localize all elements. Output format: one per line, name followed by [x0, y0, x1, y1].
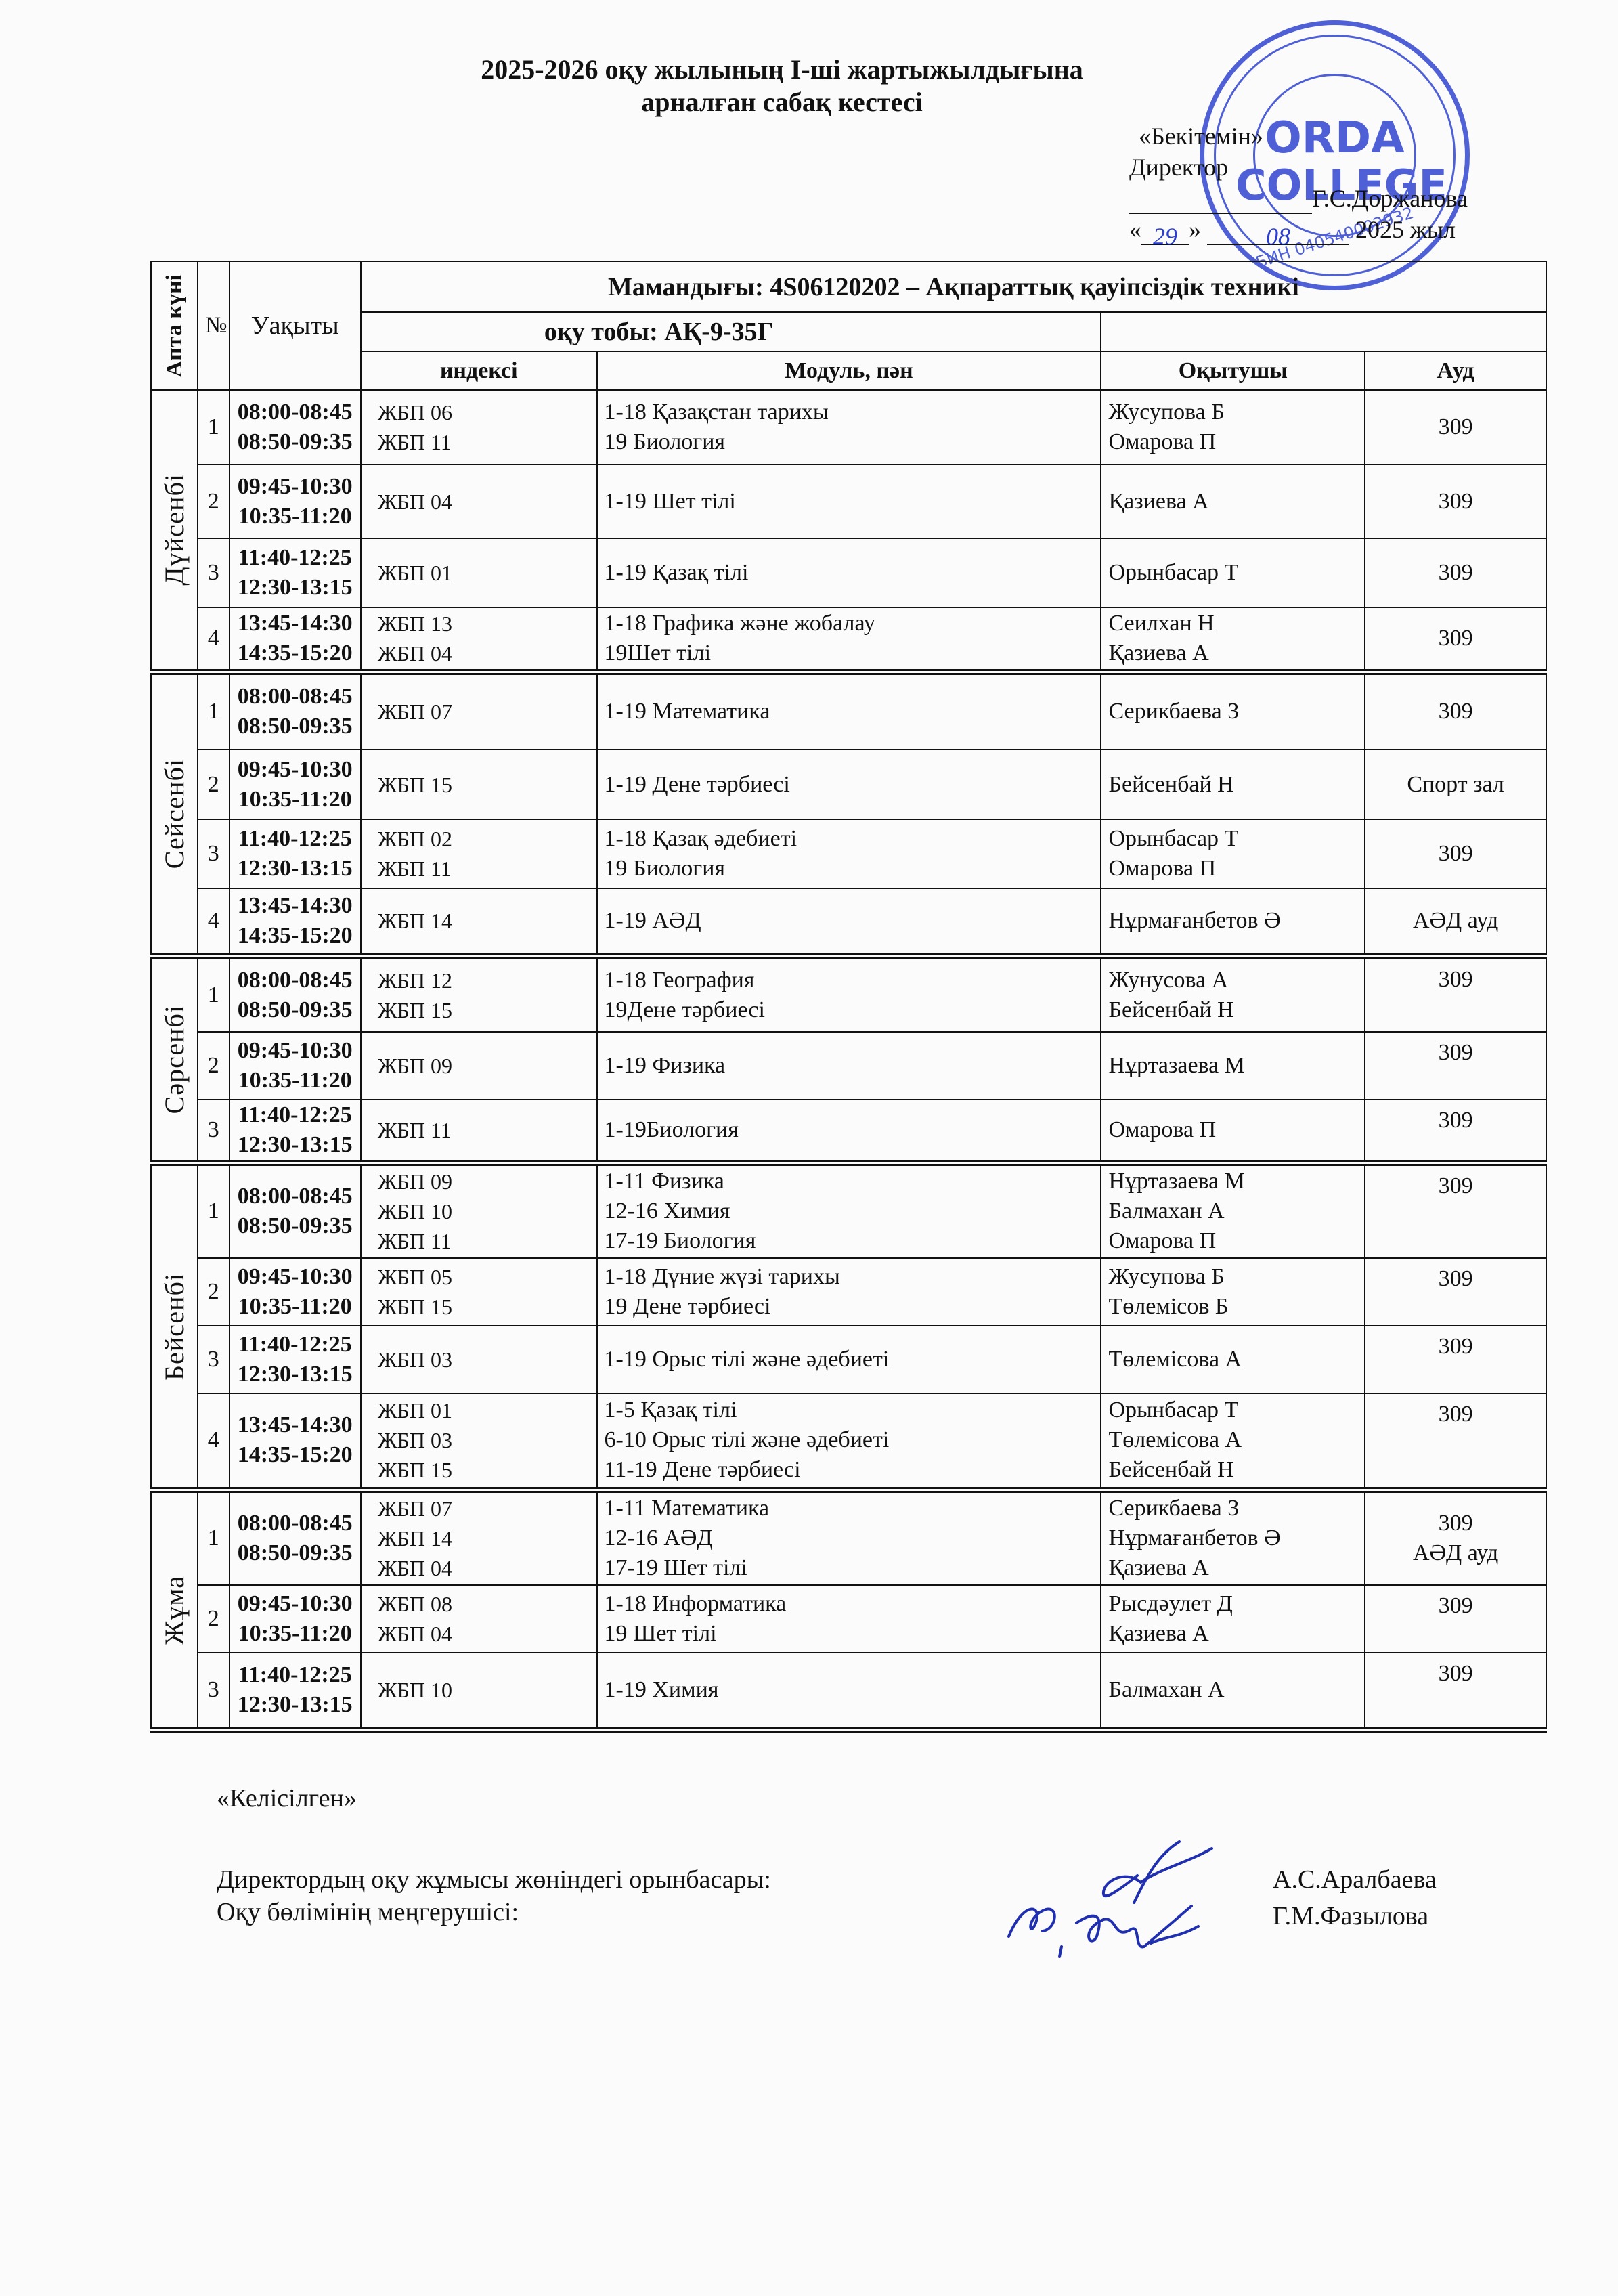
- lesson-teacher: Орынбасар ТТөлемісова АБейсенбай Н: [1101, 1393, 1365, 1490]
- lesson-teacher: Рысдәулет ДҚазиева А: [1101, 1585, 1365, 1653]
- lesson-time-line: 08:00-08:45: [237, 397, 353, 427]
- lesson-teacher-line: Жусупова Б: [1108, 397, 1357, 427]
- lesson-time-line: 13:45-14:30: [237, 891, 353, 921]
- lesson-index: ЖБП 13ЖБП 04: [361, 607, 597, 672]
- lesson-time-line: 10:35-11:20: [237, 785, 353, 815]
- day-name-cell: Сәрсенбі: [151, 956, 198, 1163]
- lesson-room: 309: [1365, 956, 1546, 1032]
- lesson-room-line: 309: [1372, 624, 1539, 653]
- lesson-module-line: 1-19 Дене тәрбиесі: [605, 770, 1094, 800]
- lesson-time-line: 10:35-11:20: [237, 502, 353, 532]
- lesson-module: 1-19 Қазақ тілі: [597, 538, 1101, 607]
- lesson-room-line: 309: [1372, 487, 1539, 517]
- lesson-number: 3: [198, 1100, 229, 1163]
- lesson-number: 2: [198, 750, 229, 819]
- lesson-teacher: Балмахан А: [1101, 1653, 1365, 1731]
- lesson-time-line: 08:50-09:35: [237, 712, 353, 741]
- lesson-module-line: 17-19 Шет тілі: [605, 1553, 1094, 1583]
- lesson-module-line: 6-10 Орыс тілі және әдебиеті: [605, 1425, 1094, 1455]
- lesson-module-line: 19Дене тәрбиесі: [605, 995, 1094, 1025]
- lesson-teacher-line: Орынбасар Т: [1108, 1395, 1357, 1425]
- lesson-index: ЖБП 03: [361, 1326, 597, 1393]
- lesson-index-line: ЖБП 14: [378, 906, 590, 936]
- lesson-number: 1: [198, 1163, 229, 1258]
- lesson-index: ЖБП 07: [361, 672, 597, 750]
- lesson-time: 11:40-12:2512:30-13:15: [229, 538, 361, 607]
- day-name: Бейсенбі: [160, 1273, 190, 1381]
- lesson-index: ЖБП 11: [361, 1100, 597, 1163]
- lesson-module-line: 1-18 Графика және жобалау: [605, 609, 1094, 638]
- lesson-room-line: 309: [1372, 1038, 1539, 1068]
- lesson-index-line: ЖБП 05: [378, 1262, 590, 1292]
- lesson-number: 4: [198, 888, 229, 956]
- lesson-number: 3: [198, 538, 229, 607]
- table-row: Сейсенбі108:00-08:4508:50-09:35ЖБП 071-1…: [151, 672, 1546, 750]
- lesson-module-line: 1-18 Қазақ әдебиеті: [605, 824, 1094, 854]
- day-name: Сейсенбі: [160, 758, 190, 869]
- lesson-module-line: 12-16 АӘД: [605, 1523, 1094, 1553]
- lesson-index: ЖБП 15: [361, 750, 597, 819]
- lesson-number: 4: [198, 1393, 229, 1490]
- lesson-time-line: 12:30-13:15: [237, 1130, 353, 1160]
- lesson-module: 1-18 Дүние жүзі тарихы19 Дене тәрбиесі: [597, 1258, 1101, 1326]
- lesson-teacher-line: Орынбасар Т: [1108, 824, 1357, 854]
- lesson-teacher-line: Балмахан А: [1108, 1196, 1357, 1226]
- lesson-room: 309: [1365, 1100, 1546, 1163]
- lesson-teacher-line: Нұрмағанбетов Ә: [1108, 906, 1357, 936]
- lesson-module-line: 1-18 Информатика: [605, 1589, 1094, 1619]
- lesson-index-line: ЖБП 11: [378, 854, 590, 884]
- head-title: Оқу бөлімінің меңгерушісі:: [217, 1896, 519, 1928]
- table-row: 209:45-10:3010:35-11:20ЖБП 091-19 Физика…: [151, 1032, 1546, 1100]
- lesson-module: 1-11 Физика12-16 Химия17-19 Биология: [597, 1163, 1101, 1258]
- lesson-teacher-line: Бейсенбай Н: [1108, 1455, 1357, 1485]
- lesson-module: 1-19 Математика: [597, 672, 1101, 750]
- lesson-index: ЖБП 10: [361, 1653, 597, 1731]
- lesson-teacher-line: Серикбаева З: [1108, 1494, 1357, 1523]
- header-time: Уақыты: [229, 261, 361, 390]
- day-name-cell: Сейсенбі: [151, 672, 198, 956]
- lesson-number: 1: [198, 956, 229, 1032]
- lesson-time-line: 12:30-13:15: [237, 1690, 353, 1720]
- lesson-index-line: ЖБП 14: [378, 1523, 590, 1553]
- lesson-index: ЖБП 01ЖБП 03ЖБП 15: [361, 1393, 597, 1490]
- lesson-index-line: ЖБП 12: [378, 966, 590, 995]
- lesson-time-line: 11:40-12:25: [237, 1330, 353, 1360]
- lesson-module: 1-5 Қазақ тілі6-10 Орыс тілі және әдебие…: [597, 1393, 1101, 1490]
- lesson-teacher-line: Рысдәулет Д: [1108, 1589, 1357, 1619]
- lesson-module: 1-18 Информатика 19 Шет тілі: [597, 1585, 1101, 1653]
- lesson-time-line: 10:35-11:20: [237, 1292, 353, 1322]
- lesson-teacher-line: Нұрмағанбетов Ә: [1108, 1523, 1357, 1553]
- lesson-number: 2: [198, 1258, 229, 1326]
- lesson-index: ЖБП 08ЖБП 04: [361, 1585, 597, 1653]
- lesson-room: 309: [1365, 1163, 1546, 1258]
- table-row: Дүйсенбі108:00-08:4508:50-09:35ЖБП 06ЖБП…: [151, 390, 1546, 464]
- agreed-label: «Келісілген»: [217, 1782, 357, 1815]
- lesson-number: 2: [198, 464, 229, 538]
- lesson-room: 309: [1365, 1032, 1546, 1100]
- table-row: 209:45-10:3010:35-11:20ЖБП 05ЖБП 151-18 …: [151, 1258, 1546, 1326]
- lesson-time-line: 12:30-13:15: [237, 1360, 353, 1389]
- lesson-time-line: 11:40-12:25: [237, 1100, 353, 1130]
- lesson-index: ЖБП 07ЖБП 14ЖБП 04: [361, 1490, 597, 1585]
- lesson-index: ЖБП 14: [361, 888, 597, 956]
- lesson-teacher: Нұртазаева М: [1101, 1032, 1365, 1100]
- lesson-number: 1: [198, 672, 229, 750]
- lesson-room-line: 309: [1372, 1171, 1539, 1201]
- lesson-number: 3: [198, 819, 229, 888]
- lesson-index-line: ЖБП 07: [378, 697, 590, 727]
- lesson-room: Спорт зал: [1365, 750, 1546, 819]
- table-row: 311:40-12:2512:30-13:15ЖБП 011-19 Қазақ …: [151, 538, 1546, 607]
- lesson-time-line: 11:40-12:25: [237, 824, 353, 854]
- lesson-index-line: ЖБП 11: [378, 427, 590, 457]
- lesson-module: 1-18 Қазақстан тарихы19 Биология: [597, 390, 1101, 464]
- lesson-time-line: 14:35-15:20: [237, 638, 353, 668]
- table-row: 209:45-10:3010:35-11:20ЖБП 041-19 Шет ті…: [151, 464, 1546, 538]
- lesson-time: 09:45-10:3010:35-11:20: [229, 1032, 361, 1100]
- lesson-room-line: 309: [1372, 412, 1539, 442]
- lesson-index: ЖБП 09: [361, 1032, 597, 1100]
- lesson-module-line: 19Шет тілі: [605, 638, 1094, 668]
- table-row: 311:40-12:2512:30-13:15ЖБП 101-19 ХимияБ…: [151, 1653, 1546, 1731]
- lesson-time: 09:45-10:3010:35-11:20: [229, 750, 361, 819]
- table-row: 413:45-14:3014:35-15:20ЖБП 141-19 АӘДНұр…: [151, 888, 1546, 956]
- lesson-room: 309: [1365, 1585, 1546, 1653]
- lesson-room: 309: [1365, 819, 1546, 888]
- approval-position: Директор: [1129, 152, 1508, 183]
- lesson-time-line: 08:50-09:35: [237, 995, 353, 1025]
- lesson-teacher-line: Төлемісова А: [1108, 1345, 1357, 1374]
- lesson-time: 09:45-10:3010:35-11:20: [229, 1258, 361, 1326]
- lesson-teacher-line: Бейсенбай Н: [1108, 770, 1357, 800]
- lesson-teacher-line: Жусупова Б: [1108, 1262, 1357, 1292]
- lesson-index-line: ЖБП 15: [378, 995, 590, 1025]
- lesson-time: 13:45-14:3014:35-15:20: [229, 1393, 361, 1490]
- approval-day: 29: [1141, 221, 1189, 245]
- lesson-room: 309: [1365, 1326, 1546, 1393]
- day-name-cell: Бейсенбі: [151, 1163, 198, 1490]
- lesson-module: 1-19 Физика: [597, 1032, 1101, 1100]
- lesson-number: 3: [198, 1653, 229, 1731]
- header-teacher: Оқытушы: [1101, 351, 1365, 390]
- lesson-teacher-line: Қазиева А: [1108, 1619, 1357, 1649]
- table-row: 209:45-10:3010:35-11:20ЖБП 08ЖБП 041-18 …: [151, 1585, 1546, 1653]
- lesson-index-line: ЖБП 02: [378, 824, 590, 854]
- lesson-room-line: 309: [1372, 1400, 1539, 1429]
- lesson-module-line: 17-19 Биология: [605, 1226, 1094, 1256]
- lesson-time: 09:45-10:3010:35-11:20: [229, 464, 361, 538]
- lesson-time: 08:00-08:4508:50-09:35: [229, 390, 361, 464]
- lesson-index: ЖБП 02ЖБП 11: [361, 819, 597, 888]
- lesson-module: 1-18 Графика және жобалау19Шет тілі: [597, 607, 1101, 672]
- lesson-time-line: 08:00-08:45: [237, 682, 353, 712]
- head-name: Г.М.Фазылова: [1273, 1900, 1428, 1932]
- lesson-room-line: 309: [1372, 965, 1539, 995]
- lesson-module: 1-19 Дене тәрбиесі: [597, 750, 1101, 819]
- table-row: 413:45-14:3014:35-15:20ЖБП 13ЖБП 041-18 …: [151, 607, 1546, 672]
- lesson-time-line: 09:45-10:30: [237, 1036, 353, 1066]
- lesson-number: 1: [198, 390, 229, 464]
- table-row: 311:40-12:2512:30-13:15ЖБП 111-19Биологи…: [151, 1100, 1546, 1163]
- lesson-time-line: 12:30-13:15: [237, 573, 353, 603]
- deputy-title: Директордың оқу жұмысы жөніндегі орынбас…: [217, 1863, 771, 1896]
- approval-name: Г.С.Доржанова: [1312, 185, 1468, 212]
- lesson-teacher: Жусупова БТөлемісов Б: [1101, 1258, 1365, 1326]
- lesson-time-line: 10:35-11:20: [237, 1619, 353, 1649]
- lesson-index: ЖБП 09ЖБП 10ЖБП 11: [361, 1163, 597, 1258]
- lesson-index-line: ЖБП 06: [378, 397, 590, 427]
- lesson-teacher-line: Қазиева А: [1108, 487, 1357, 517]
- lesson-module-line: 1-19 Математика: [605, 697, 1094, 727]
- lesson-time: 09:45-10:3010:35-11:20: [229, 1585, 361, 1653]
- lesson-teacher-line: Қазиева А: [1108, 1553, 1357, 1583]
- lesson-time: 11:40-12:2512:30-13:15: [229, 1326, 361, 1393]
- lesson-time-line: 10:35-11:20: [237, 1066, 353, 1096]
- lesson-time-line: 09:45-10:30: [237, 1589, 353, 1619]
- lesson-room-line: 309: [1372, 839, 1539, 869]
- lesson-index-line: ЖБП 15: [378, 1455, 590, 1485]
- lesson-time: 08:00-08:4508:50-09:35: [229, 1490, 361, 1585]
- lesson-number: 2: [198, 1032, 229, 1100]
- lesson-module-line: 11-19 Дене тәрбиесі: [605, 1455, 1094, 1485]
- lesson-room-line: АӘД ауд: [1372, 1538, 1539, 1568]
- lesson-teacher-line: Омарова П: [1108, 1115, 1357, 1145]
- lesson-teacher-line: Омарова П: [1108, 427, 1357, 457]
- lesson-index-line: ЖБП 04: [378, 1619, 590, 1649]
- lesson-module: 1-19 АӘД: [597, 888, 1101, 956]
- lesson-number: 3: [198, 1326, 229, 1393]
- lesson-module-line: 1-19 Қазақ тілі: [605, 558, 1094, 588]
- approval-block: «Бекітемін» Директор Г.С.Доржанова «29» …: [1129, 121, 1508, 245]
- day-name-cell: Жұма: [151, 1490, 198, 1731]
- header-group-blank: [1101, 312, 1546, 351]
- lesson-room-line: 309: [1372, 558, 1539, 588]
- lesson-room-line: АӘД ауд: [1372, 906, 1539, 936]
- lesson-time-line: 08:50-09:35: [237, 427, 353, 457]
- header-module: Модуль, пән: [597, 351, 1101, 390]
- lesson-time-line: 09:45-10:30: [237, 755, 353, 785]
- lesson-teacher-line: Бейсенбай Н: [1108, 995, 1357, 1025]
- lesson-room-line: 309: [1372, 1106, 1539, 1135]
- lesson-module: 1-19 Орыс тілі және әдебиеті: [597, 1326, 1101, 1393]
- lesson-index-line: ЖБП 03: [378, 1425, 590, 1455]
- lesson-teacher: Орынбасар Т: [1101, 538, 1365, 607]
- lesson-time: 11:40-12:2512:30-13:15: [229, 1653, 361, 1731]
- lesson-teacher: Төлемісова А: [1101, 1326, 1365, 1393]
- day-name-cell: Дүйсенбі: [151, 390, 198, 672]
- header-index: индексі: [361, 351, 597, 390]
- lesson-number: 4: [198, 607, 229, 672]
- lesson-teacher: Нұртазаева МБалмахан АОмарова П: [1101, 1163, 1365, 1258]
- table-row: Сәрсенбі108:00-08:4508:50-09:35ЖБП 12ЖБП…: [151, 956, 1546, 1032]
- table-row: Жұма108:00-08:4508:50-09:35ЖБП 07ЖБП 14Ж…: [151, 1490, 1546, 1585]
- lesson-teacher: Жусупова БОмарова П: [1101, 390, 1365, 464]
- lesson-room-line: 309: [1372, 1591, 1539, 1621]
- lesson-index-line: ЖБП 11: [378, 1115, 590, 1145]
- lesson-index-line: ЖБП 04: [378, 487, 590, 517]
- lesson-module-line: 1-19Биология: [605, 1115, 1094, 1145]
- lesson-teacher-line: Нұртазаева М: [1108, 1167, 1357, 1196]
- lesson-number: 1: [198, 1490, 229, 1585]
- table-row: 311:40-12:2512:30-13:15ЖБП 02ЖБП 111-18 …: [151, 819, 1546, 888]
- lesson-time-line: 09:45-10:30: [237, 1262, 353, 1292]
- lesson-time-line: 08:50-09:35: [237, 1538, 353, 1568]
- lesson-index: ЖБП 01: [361, 538, 597, 607]
- lesson-time-line: 09:45-10:30: [237, 472, 353, 502]
- lesson-time-line: 14:35-15:20: [237, 921, 353, 951]
- lesson-teacher: Серикбаева З: [1101, 672, 1365, 750]
- lesson-room-line: Спорт зал: [1372, 770, 1539, 800]
- lesson-index-line: ЖБП 07: [378, 1494, 590, 1523]
- day-name: Дүйсенбі: [160, 473, 190, 586]
- lesson-teacher: Бейсенбай Н: [1101, 750, 1365, 819]
- lesson-time-line: 12:30-13:15: [237, 854, 353, 884]
- lesson-teacher-line: Төлемісов Б: [1108, 1292, 1357, 1322]
- approval-label: «Бекітемін»: [1129, 121, 1508, 152]
- lesson-time-line: 11:40-12:25: [237, 543, 353, 573]
- lesson-time: 13:45-14:3014:35-15:20: [229, 607, 361, 672]
- lesson-time-line: 14:35-15:20: [237, 1440, 353, 1470]
- deputy-name: А.С.Аралбаева: [1273, 1863, 1437, 1896]
- approval-year: 2025 жыл: [1355, 216, 1456, 243]
- lesson-index: ЖБП 12ЖБП 15: [361, 956, 597, 1032]
- lesson-time-line: 08:50-09:35: [237, 1211, 353, 1241]
- lesson-room: 309: [1365, 390, 1546, 464]
- table-row: 311:40-12:2512:30-13:15ЖБП 031-19 Орыс т…: [151, 1326, 1546, 1393]
- lesson-teacher: Сеилхан НҚазиева А: [1101, 607, 1365, 672]
- lesson-module: 1-18 География19Дене тәрбиесі: [597, 956, 1101, 1032]
- header-specialty: Мамандығы: 4S06120202 – Ақпараттық қауіп…: [361, 261, 1546, 312]
- lesson-module-line: 1-19 Физика: [605, 1051, 1094, 1081]
- lesson-module-line: 19 Шет тілі: [605, 1619, 1094, 1649]
- lesson-teacher-line: Сеилхан Н: [1108, 609, 1357, 638]
- lesson-module: 1-19Биология: [597, 1100, 1101, 1163]
- lesson-index-line: ЖБП 10: [378, 1196, 590, 1226]
- lesson-module-line: 12-16 Химия: [605, 1196, 1094, 1226]
- lesson-index-line: ЖБП 08: [378, 1589, 590, 1619]
- lesson-index-line: ЖБП 15: [378, 770, 590, 800]
- lesson-teacher: Қазиева А: [1101, 464, 1365, 538]
- lesson-time: 08:00-08:4508:50-09:35: [229, 1163, 361, 1258]
- lesson-module-line: 1-11 Математика: [605, 1494, 1094, 1523]
- lesson-module-line: 19 Биология: [605, 854, 1094, 884]
- lesson-teacher-line: Нұртазаева М: [1108, 1051, 1357, 1081]
- lesson-teacher-line: Жунусова А: [1108, 966, 1357, 995]
- lesson-index-line: ЖБП 09: [378, 1167, 590, 1196]
- lesson-index: ЖБП 06ЖБП 11: [361, 390, 597, 464]
- lesson-room: 309: [1365, 538, 1546, 607]
- lesson-teacher-line: Қазиева А: [1108, 638, 1357, 668]
- table-row: 209:45-10:3010:35-11:20ЖБП 151-19 Дене т…: [151, 750, 1546, 819]
- lesson-room: 309: [1365, 1258, 1546, 1326]
- lesson-time-line: 08:00-08:45: [237, 1182, 353, 1211]
- lesson-time: 13:45-14:3014:35-15:20: [229, 888, 361, 956]
- lesson-index-line: ЖБП 04: [378, 638, 590, 668]
- lesson-module-line: 1-19 АӘД: [605, 906, 1094, 936]
- lesson-index-line: ЖБП 03: [378, 1345, 590, 1374]
- header-day: Апта күні: [151, 261, 198, 390]
- lesson-module-line: 1-5 Қазақ тілі: [605, 1395, 1094, 1425]
- lesson-teacher-line: Орынбасар Т: [1108, 558, 1357, 588]
- lesson-module-line: 1-19 Шет тілі: [605, 487, 1094, 517]
- lesson-index-line: ЖБП 13: [378, 609, 590, 638]
- lesson-room: 309АӘД ауд: [1365, 1490, 1546, 1585]
- lesson-index-line: ЖБП 09: [378, 1051, 590, 1081]
- table-row: Бейсенбі108:00-08:4508:50-09:35ЖБП 09ЖБП…: [151, 1163, 1546, 1258]
- lesson-room: АӘД ауд: [1365, 888, 1546, 956]
- lesson-module: 1-11 Математика12-16 АӘД17-19 Шет тілі: [597, 1490, 1101, 1585]
- lesson-module-line: 1-18 Дүние жүзі тарихы: [605, 1262, 1094, 1292]
- lesson-teacher-line: Серикбаева З: [1108, 697, 1357, 727]
- lesson-teacher-line: Балмахан А: [1108, 1675, 1357, 1705]
- lesson-room: 309: [1365, 607, 1546, 672]
- lesson-module: 1-18 Қазақ әдебиеті19 Биология: [597, 819, 1101, 888]
- lesson-index-line: ЖБП 11: [378, 1226, 590, 1256]
- lesson-module-line: 1-18 Қазақстан тарихы: [605, 397, 1094, 427]
- lesson-module-line: 1-11 Физика: [605, 1167, 1094, 1196]
- lesson-room: 309: [1365, 1653, 1546, 1731]
- table-row: 413:45-14:3014:35-15:20ЖБП 01ЖБП 03ЖБП 1…: [151, 1393, 1546, 1490]
- lesson-number: 2: [198, 1585, 229, 1653]
- lesson-teacher: Жунусова АБейсенбай Н: [1101, 956, 1365, 1032]
- lesson-teacher: Омарова П: [1101, 1100, 1365, 1163]
- lesson-index-line: ЖБП 04: [378, 1553, 590, 1583]
- lesson-module-line: 1-19 Орыс тілі және әдебиеті: [605, 1345, 1094, 1374]
- lesson-teacher: Орынбасар ТОмарова П: [1101, 819, 1365, 888]
- lesson-teacher-line: Омарова П: [1108, 854, 1357, 884]
- lesson-time: 08:00-08:4508:50-09:35: [229, 956, 361, 1032]
- lesson-room-line: 309: [1372, 697, 1539, 727]
- day-name: Жұма: [160, 1576, 190, 1645]
- lesson-room: 309: [1365, 1393, 1546, 1490]
- lesson-room-line: 309: [1372, 1659, 1539, 1689]
- lesson-index-line: ЖБП 01: [378, 558, 590, 588]
- lesson-module: 1-19 Химия: [597, 1653, 1101, 1731]
- day-name: Сәрсенбі: [160, 1005, 190, 1114]
- lesson-index-line: ЖБП 15: [378, 1292, 590, 1322]
- lesson-time-line: 08:00-08:45: [237, 966, 353, 995]
- lesson-room-line: 309: [1372, 1264, 1539, 1294]
- lesson-index: ЖБП 04: [361, 464, 597, 538]
- lesson-room: 309: [1365, 464, 1546, 538]
- lesson-module-line: 19 Биология: [605, 427, 1094, 457]
- header-group: оқу тобы: АҚ-9-35Г: [361, 312, 1101, 351]
- lesson-module-line: 1-18 География: [605, 966, 1094, 995]
- lesson-room-line: 309: [1372, 1332, 1539, 1362]
- lesson-time-line: 08:00-08:45: [237, 1509, 353, 1538]
- header-room: Ауд: [1365, 351, 1546, 390]
- lesson-teacher: Нұрмағанбетов Ә: [1101, 888, 1365, 956]
- lesson-time: 08:00-08:4508:50-09:35: [229, 672, 361, 750]
- header-number: №: [198, 261, 229, 390]
- lesson-index-line: ЖБП 10: [378, 1675, 590, 1705]
- approval-month: 08: [1207, 221, 1349, 245]
- lesson-teacher-line: Омарова П: [1108, 1226, 1357, 1256]
- lesson-index-line: ЖБП 01: [378, 1395, 590, 1425]
- lesson-room: 309: [1365, 672, 1546, 750]
- head-signature-icon: [995, 1889, 1219, 1964]
- lesson-teacher: Серикбаева ЗНұрмағанбетов ӘҚазиева А: [1101, 1490, 1365, 1585]
- lesson-time-line: 11:40-12:25: [237, 1660, 353, 1690]
- lesson-time-line: 13:45-14:30: [237, 1410, 353, 1440]
- lesson-module-line: 19 Дене тәрбиесі: [605, 1292, 1094, 1322]
- lesson-time-line: 13:45-14:30: [237, 609, 353, 638]
- schedule-table: Апта күні № Уақыты Мамандығы: 4S06120202…: [150, 261, 1547, 1733]
- lesson-time: 11:40-12:2512:30-13:15: [229, 1100, 361, 1163]
- lesson-module: 1-19 Шет тілі: [597, 464, 1101, 538]
